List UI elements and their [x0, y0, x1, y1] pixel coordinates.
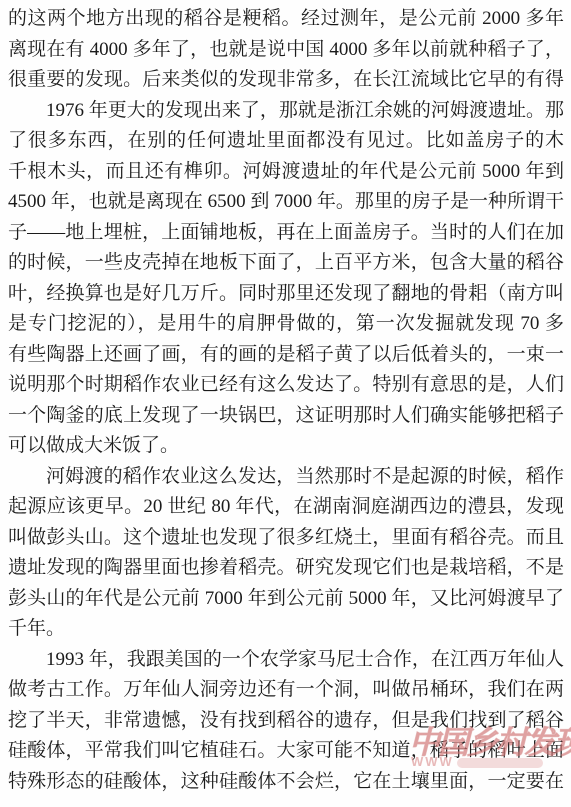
text-line: 千年。: [8, 614, 564, 645]
text-line: 离现在有 4000 多年了，也就是说中国 4000 多年以前就种稻子了，这是一个: [8, 35, 564, 66]
text-line: 一个陶釜的底上发现了一块锅巴，这证明那时人们确实能够把稻子加工，: [8, 401, 564, 432]
text-line: 千根木头，而且还有榫卯。河姆渡遗址的年代是公元前 5000 年到公元前: [8, 157, 564, 188]
text-line: 起源应该更早。20 世纪 80 年代，在湖南洞庭湖西边的澧县，发现一个遗址: [8, 492, 564, 523]
text-line: 挖了半天，非常遗憾，没有找到稻谷的遗存，但是我们找到了稻谷的植物: [8, 706, 564, 737]
text-line: 1976 年更大的发现出来了，那就是浙江余姚的河姆渡遗址。那里发现: [8, 96, 564, 127]
text-line: 了很多东西，在别的任何遗址里面都没有见过。比如盖房子的木料，有几: [8, 126, 564, 157]
text-line: 做考古工作。万年仙人洞旁边还有一个洞，叫做吊桶环，我们在两个洞穴: [8, 675, 564, 706]
text-line: 可以做成大米饭了。: [8, 431, 564, 462]
text-line: 的时候，一些皮壳掉在地板下面了，上百平方米，包含大量的稻谷壳、稻: [8, 248, 564, 279]
text-line: 1993 年，我跟美国的一个农学家马尼士合作，在江西万年仙人洞遗址: [8, 645, 564, 676]
text-line: 河姆渡的稻作农业这么发达，当然那时不是起源的时候，稻作农业的: [8, 462, 564, 493]
text-line: 的这两个地方出现的稻谷是粳稻。经过测年，是公元前 2000 多年的遗存，: [8, 4, 564, 35]
text-line: 遗址发现的陶器里面也掺着稻壳。研究发现它们也是栽培稻，不是野生稻。: [8, 553, 564, 584]
document-page: 的这两个地方出现的稻谷是粳稻。经过测年，是公元前 2000 多年的遗存，离现在有…: [0, 0, 571, 807]
text-line: 说明那个时期稻作农业已经有这么发达了。特别有意思的是，人们竟然在: [8, 370, 564, 401]
text-body: 的这两个地方出现的稻谷是粳稻。经过测年，是公元前 2000 多年的遗存，离现在有…: [8, 4, 564, 797]
text-line: 有些陶器上还画了画，有的画的是稻子黄了以后低着头的，一束一束的，: [8, 340, 564, 371]
text-line: 叫做彭头山。这个遗址也发现了很多红烧土，里面有稻谷壳。而且彭头山: [8, 523, 564, 554]
text-line: 彭头山的年代是公元前 7000 年到公元前 5000 年，又比河姆渡早了一两: [8, 584, 564, 615]
text-line: 子——地上埋桩，上面铺地板，再在上面盖房子。当时的人们在加工谷物: [8, 218, 564, 249]
text-line: 叶，经换算也是好几万斤。同时那里还发现了翻地的骨耜（南方叫泥铲，: [8, 279, 564, 310]
text-line: 特殊形态的硅酸体，这种硅酸体不会烂，它在土壤里面，一定要在高倍显: [8, 767, 564, 798]
text-line: 是专门挖泥的），是用牛的肩胛骨做的，第一次发掘就发现 70 多个。遗址: [8, 309, 564, 340]
text-line: 硅酸体，平常我们叫它植硅石。大家可能不知道，稻子的稻叶上面有一种: [8, 736, 564, 767]
text-line: 很重要的发现。后来类似的发现非常多，在长江流域比它早的有得是。: [8, 65, 564, 96]
text-line: 4500 年，也就是离现在 6500 到 7000 年。那里的房子是一种所谓干栏…: [8, 187, 564, 218]
